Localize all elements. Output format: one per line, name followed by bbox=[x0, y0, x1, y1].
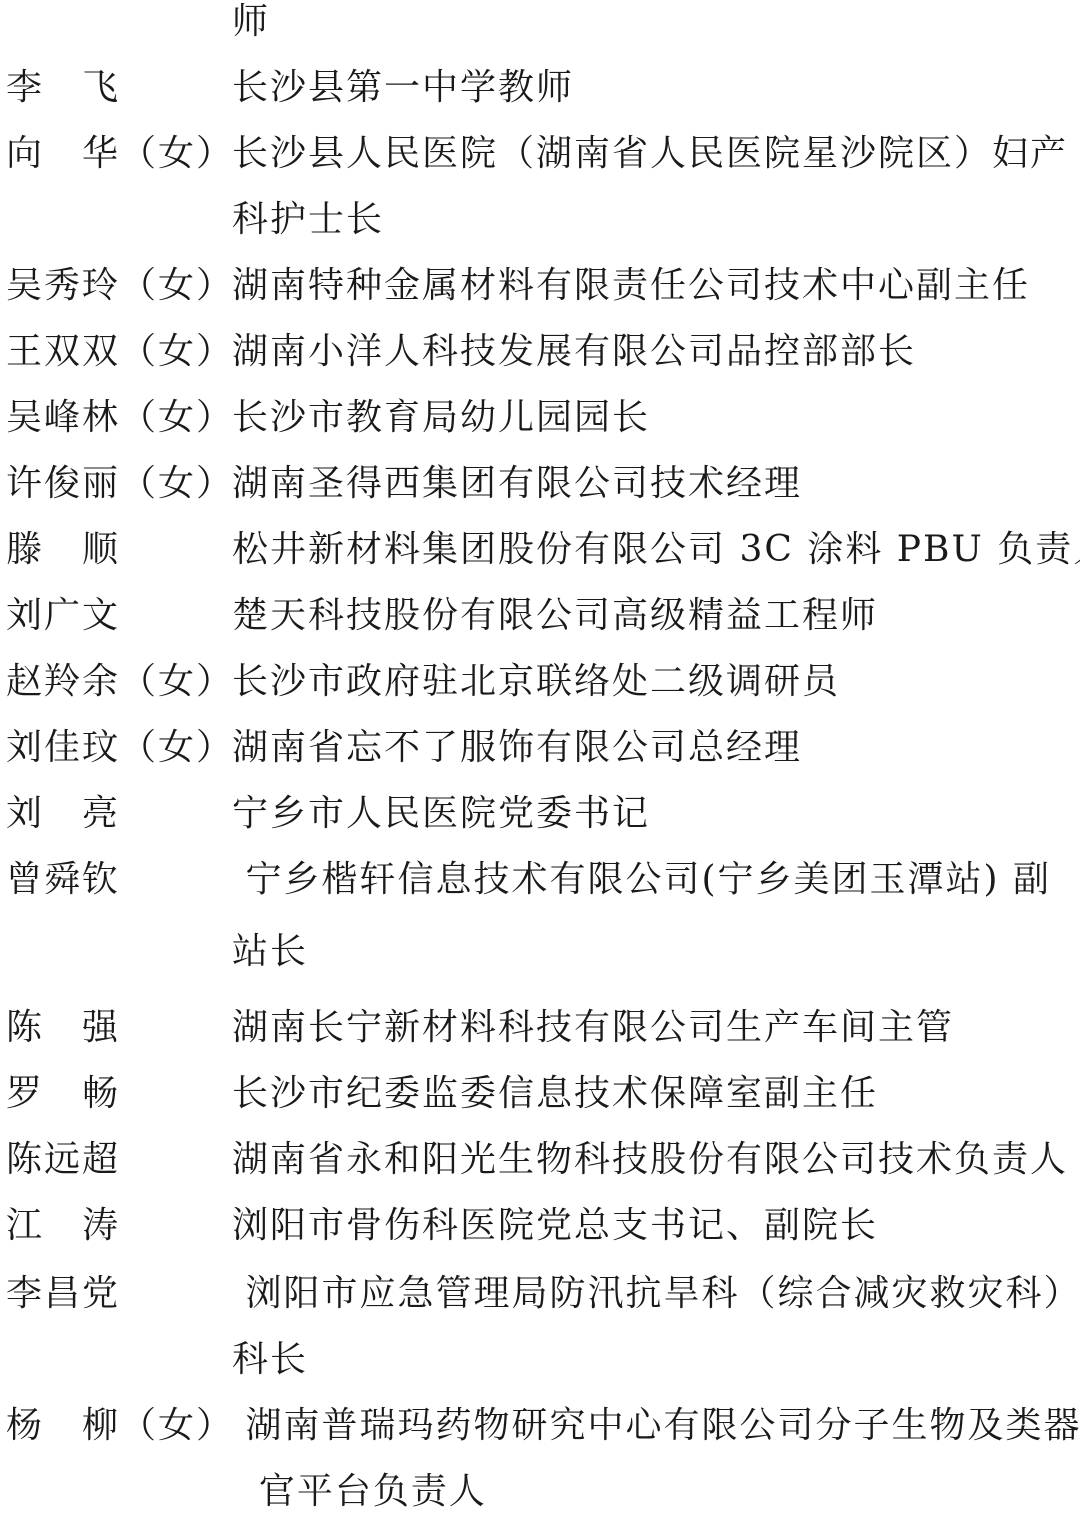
person-name: 王双双（女） bbox=[6, 322, 232, 382]
org-text: 师 bbox=[232, 0, 270, 52]
org-text: 长沙市纪委监委信息技术保障室副主任 bbox=[232, 1064, 878, 1124]
person-name: 陈远超 bbox=[6, 1130, 232, 1190]
female-marker: （女） bbox=[120, 265, 234, 306]
org-text: 湖南特种金属材料有限责任公司技术中心副主任 bbox=[232, 256, 1030, 316]
org-text: 浏阳市骨伤科医院党总支书记、副院长 bbox=[232, 1196, 878, 1256]
org-text: 楚天科技股份有限公司高级精益工程师 bbox=[232, 586, 878, 646]
org-text: 长沙市教育局幼儿园园长 bbox=[232, 388, 650, 448]
person-name: 罗 畅 bbox=[6, 1064, 232, 1124]
org-text: 湖南省永和阳光生物科技股份有限公司技术负责人 bbox=[232, 1130, 1068, 1190]
org-text: 浏阳市应急管理局防汛抗旱科（综合减灾救灾科） bbox=[232, 1264, 1080, 1324]
org-text: 湖南小洋人科技发展有限公司品控部部长 bbox=[232, 322, 916, 382]
person-name: 江 涛 bbox=[6, 1196, 232, 1256]
person-name: 吴峰林（女） bbox=[6, 388, 232, 448]
person-name: 曾舜钦 bbox=[6, 850, 232, 910]
female-marker: （女） bbox=[120, 463, 234, 504]
person-name: 赵羚余（女） bbox=[6, 652, 232, 712]
org-text: 宁乡市人民医院党委书记 bbox=[232, 784, 650, 844]
female-marker: （女） bbox=[120, 133, 234, 174]
female-marker: （女） bbox=[120, 1405, 234, 1446]
org-text: 长沙市政府驻北京联络处二级调研员 bbox=[232, 652, 840, 712]
person-name: 陈 强 bbox=[6, 998, 232, 1058]
org-text: 官平台负责人 bbox=[232, 1462, 487, 1517]
person-name: 滕 顺 bbox=[6, 520, 232, 580]
org-text: 宁乡楷轩信息技术有限公司(宁乡美团玉潭站) 副 bbox=[232, 850, 1051, 910]
person-name: 杨 柳（女） bbox=[6, 1396, 232, 1456]
person-name: 向 华（女） bbox=[6, 124, 232, 184]
org-text: 站长 bbox=[232, 922, 308, 982]
person-name: 刘佳玟（女） bbox=[6, 718, 232, 778]
female-marker: （女） bbox=[120, 331, 234, 372]
org-text: 湖南圣得西集团有限公司技术经理 bbox=[232, 454, 802, 514]
org-text: 长沙县第一中学教师 bbox=[232, 58, 574, 118]
org-text: 科长 bbox=[232, 1330, 308, 1390]
female-marker: （女） bbox=[120, 661, 234, 702]
person-name: 刘 亮 bbox=[6, 784, 232, 844]
org-text: 湖南长宁新材料科技有限公司生产车间主管 bbox=[232, 998, 954, 1058]
female-marker: （女） bbox=[120, 727, 234, 768]
person-name: 刘广文 bbox=[6, 586, 232, 646]
org-text: 湖南普瑞玛药物研究中心有限公司分子生物及类器 bbox=[232, 1396, 1080, 1456]
org-text: 湖南省忘不了服饰有限公司总经理 bbox=[232, 718, 802, 778]
org-text: 科护士长 bbox=[232, 190, 384, 250]
female-marker: （女） bbox=[120, 397, 234, 438]
person-name: 李 飞 bbox=[6, 58, 232, 118]
person-name: 李昌党 bbox=[6, 1264, 232, 1324]
org-text: 长沙县人民医院（湖南省人民医院星沙院区）妇产 bbox=[232, 124, 1068, 184]
person-name: 吴秀玲（女） bbox=[6, 256, 232, 316]
org-text: 松井新材料集团股份有限公司 3C 涂料 PBU 负责人 bbox=[232, 520, 1080, 580]
person-name: 许俊丽（女） bbox=[6, 454, 232, 514]
